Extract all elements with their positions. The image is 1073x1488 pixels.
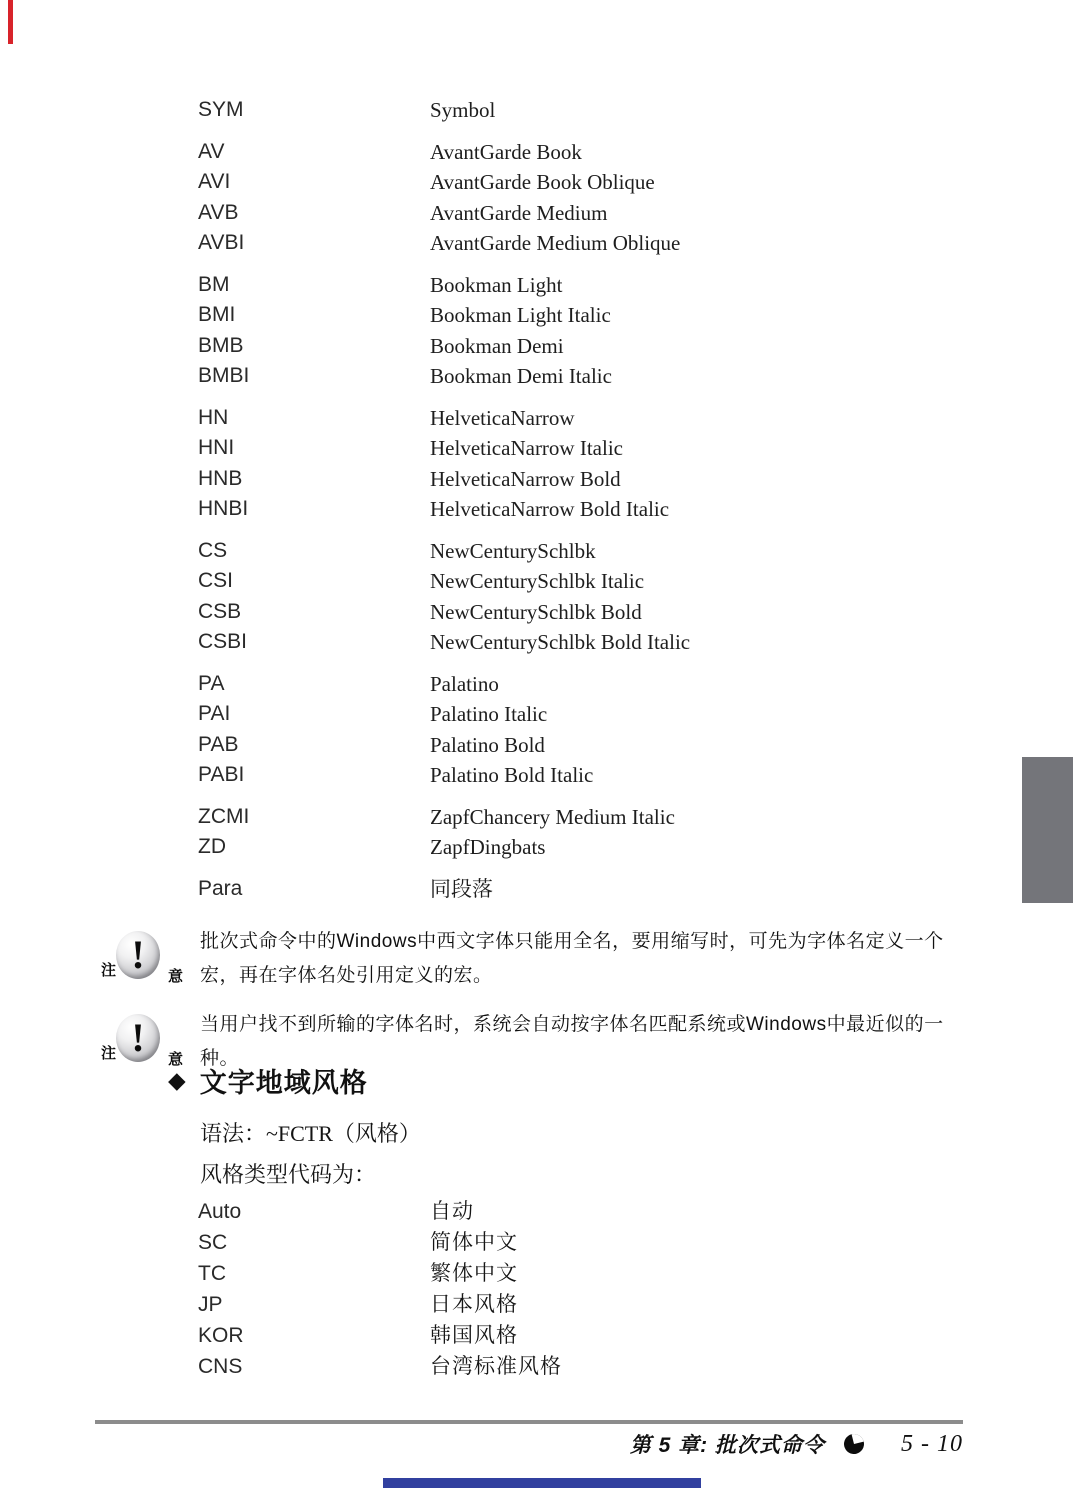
footer: 第 5 章: 批次式命令 5 - 10 — [630, 1429, 963, 1459]
table-row: HNI HelveticaNarrow Italic — [198, 433, 998, 464]
font-name-cell: NewCenturySchlbk — [430, 536, 596, 567]
note-text: 批次式命令中的Windows中西文字体只能用全名，要用缩写时，可先为字体名定义一… — [200, 925, 978, 992]
font-name-cell: ZapfDingbats — [430, 832, 545, 863]
table-row: HNB HelveticaNarrow Bold — [198, 464, 998, 495]
table-row: HNBI HelveticaNarrow Bold Italic — [198, 494, 998, 525]
style-name-cell: 台湾标准风格 — [430, 1351, 562, 1382]
font-code-cell: SYM — [198, 95, 430, 126]
table-row: PAB Palatino Bold — [198, 730, 998, 761]
table-row: AVB AvantGarde Medium — [198, 198, 998, 229]
chapter-marker-icon — [843, 1433, 865, 1455]
font-name-cell: Symbol — [430, 95, 495, 126]
font-name-cell: AvantGarde Medium — [430, 198, 607, 229]
codes-intro-line: 风格类型代码为： — [200, 1158, 376, 1189]
table-row: ZD ZapfDingbats — [198, 832, 998, 863]
table-row: ZCMI ZapfChancery Medium Italic — [198, 802, 998, 833]
note-row: 注 ! 意 批次式命令中的Windows中西文字体只能用全名，要用缩写时，可先为… — [0, 925, 1073, 992]
font-name-cell: NewCenturySchlbk Bold Italic — [430, 627, 690, 658]
font-code-cell: AVBI — [198, 228, 430, 259]
font-name-cell: 同段落 — [430, 874, 493, 905]
style-code-cell: KOR — [198, 1320, 430, 1351]
footer-divider — [95, 1420, 963, 1424]
font-code-cell: BMI — [198, 300, 430, 331]
font-name-cell: Bookman Demi Italic — [430, 361, 612, 392]
font-code-cell: BM — [198, 270, 430, 301]
font-code-cell: PABI — [198, 760, 430, 791]
table-row: BM Bookman Light — [198, 270, 998, 301]
section-title: 文字地域风格 — [200, 1061, 368, 1100]
table-row: PABI Palatino Bold Italic — [198, 760, 998, 791]
font-code-group: AV AvantGarde Book AVI AvantGarde Book O… — [198, 137, 998, 259]
font-name-cell: HelveticaNarrow Bold Italic — [430, 494, 669, 525]
note-row: 注 ! 意 当用户找不到所输的字体名时，系统会自动按字体名匹配系统或Window… — [0, 1008, 1073, 1075]
font-code-cell: PA — [198, 669, 430, 700]
font-name-cell: Palatino Italic — [430, 699, 547, 730]
table-row: HN HelveticaNarrow — [198, 403, 998, 434]
font-code-cell: PAI — [198, 699, 430, 730]
page-edge-tab — [1022, 757, 1073, 903]
font-name-cell: NewCenturySchlbk Bold — [430, 597, 642, 628]
font-code-group: CS NewCenturySchlbk CSI NewCenturySchlbk… — [198, 536, 998, 658]
style-name-cell: 简体中文 — [430, 1227, 518, 1258]
footer-page-number: 5 - 10 — [901, 1431, 963, 1458]
table-row: AV AvantGarde Book — [198, 137, 998, 168]
font-code-cell: HN — [198, 403, 430, 434]
font-name-cell: Bookman Demi — [430, 331, 564, 362]
table-row: PA Palatino — [198, 669, 998, 700]
attention-left-char: 注 — [101, 959, 116, 980]
font-name-cell: ZapfChancery Medium Italic — [430, 802, 675, 833]
font-code-cell: HNBI — [198, 494, 430, 525]
style-name-cell: 韩国风格 — [430, 1320, 518, 1351]
table-row: BMI Bookman Light Italic — [198, 300, 998, 331]
style-code-cell: JP — [198, 1289, 430, 1320]
section-heading: ◆ 文字地域风格 — [168, 1061, 368, 1100]
table-row: AVI AvantGarde Book Oblique — [198, 167, 998, 198]
font-code-cell: ZD — [198, 832, 430, 863]
font-code-group: Para 同段落 — [198, 874, 998, 905]
table-row: CNS 台湾标准风格 — [198, 1351, 562, 1382]
style-name-cell: 日本风格 — [430, 1289, 518, 1320]
font-code-cell: CSI — [198, 566, 430, 597]
font-code-cell: CS — [198, 536, 430, 567]
table-row: Para 同段落 — [198, 874, 998, 905]
blue-edge-mark — [383, 1478, 701, 1488]
diamond-bullet-icon: ◆ — [168, 1067, 186, 1094]
font-name-cell: Bookman Light — [430, 270, 562, 301]
style-code-cell: SC — [198, 1227, 430, 1258]
red-edge-mark — [8, 0, 13, 44]
manual-page: SYM Symbol AV AvantGarde Book AVI AvantG… — [0, 0, 1073, 1488]
font-code-cell: BMBI — [198, 361, 430, 392]
font-code-table: SYM Symbol AV AvantGarde Book AVI AvantG… — [198, 95, 998, 915]
font-name-cell: Bookman Light Italic — [430, 300, 611, 331]
font-code-group: HN HelveticaNarrow HNI HelveticaNarrow I… — [198, 403, 998, 525]
note-icon-column: 注 ! 意 — [0, 925, 200, 992]
font-code-cell: BMB — [198, 331, 430, 362]
style-code-cell: CNS — [198, 1351, 430, 1382]
attention-right-char: 意 — [168, 965, 183, 986]
table-row: KOR 韩国风格 — [198, 1320, 562, 1351]
font-code-cell: AVB — [198, 198, 430, 229]
font-name-cell: Palatino Bold — [430, 730, 545, 761]
attention-sphere: ! — [116, 1014, 160, 1062]
font-name-cell: AvantGarde Book — [430, 137, 582, 168]
table-row: BMBI Bookman Demi Italic — [198, 361, 998, 392]
font-code-cell: PAB — [198, 730, 430, 761]
font-code-group: SYM Symbol — [198, 95, 998, 126]
notes-section: 注 ! 意 批次式命令中的Windows中西文字体只能用全名，要用缩写时，可先为… — [0, 925, 1073, 1091]
font-name-cell: AvantGarde Book Oblique — [430, 167, 655, 198]
attention-icon: 注 ! 意 — [101, 931, 183, 989]
font-code-cell: HNI — [198, 433, 430, 464]
font-code-cell: HNB — [198, 464, 430, 495]
table-row: CS NewCenturySchlbk — [198, 536, 998, 567]
table-row: AVBI AvantGarde Medium Oblique — [198, 228, 998, 259]
font-code-group: PA Palatino PAI Palatino Italic PAB Pala… — [198, 669, 998, 791]
style-name-cell: 繁体中文 — [430, 1258, 518, 1289]
font-code-cell: CSB — [198, 597, 430, 628]
style-code-table: Auto 自动 SC 简体中文 TC 繁体中文 JP 日本风格 KOR 韩国风格 — [198, 1196, 562, 1382]
font-code-group: BM Bookman Light BMI Bookman Light Itali… — [198, 270, 998, 392]
font-name-cell: NewCenturySchlbk Italic — [430, 566, 644, 597]
style-name-cell: 自动 — [430, 1196, 474, 1227]
exclamation-mark-icon: ! — [116, 932, 160, 978]
table-row: BMB Bookman Demi — [198, 331, 998, 362]
table-row: CSI NewCenturySchlbk Italic — [198, 566, 998, 597]
syntax-line: 语法：~FCTR（风格） — [200, 1117, 421, 1148]
footer-chapter-title: 第 5 章: 批次式命令 — [630, 1429, 825, 1459]
attention-sphere: ! — [116, 931, 160, 979]
font-name-cell: AvantGarde Medium Oblique — [430, 228, 680, 259]
exclamation-mark-icon: ! — [116, 1015, 160, 1061]
font-code-cell: CSBI — [198, 627, 430, 658]
table-row: TC 繁体中文 — [198, 1258, 562, 1289]
table-row: CSB NewCenturySchlbk Bold — [198, 597, 998, 628]
font-code-cell: AV — [198, 137, 430, 168]
font-code-group: ZCMI ZapfChancery Medium Italic ZD ZapfD… — [198, 802, 998, 863]
table-row: CSBI NewCenturySchlbk Bold Italic — [198, 627, 998, 658]
attention-left-char: 注 — [101, 1042, 116, 1063]
style-code-cell: TC — [198, 1258, 430, 1289]
style-code-cell: Auto — [198, 1196, 430, 1227]
table-row: SC 简体中文 — [198, 1227, 562, 1258]
font-code-cell: Para — [198, 874, 430, 905]
font-name-cell: HelveticaNarrow — [430, 403, 575, 434]
table-row: SYM Symbol — [198, 95, 998, 126]
font-name-cell: Palatino — [430, 669, 499, 700]
table-row: PAI Palatino Italic — [198, 699, 998, 730]
table-row: JP 日本风格 — [198, 1289, 562, 1320]
font-name-cell: HelveticaNarrow Bold — [430, 464, 621, 495]
font-name-cell: Palatino Bold Italic — [430, 760, 593, 791]
font-name-cell: HelveticaNarrow Italic — [430, 433, 623, 464]
font-code-cell: AVI — [198, 167, 430, 198]
table-row: Auto 自动 — [198, 1196, 562, 1227]
font-code-cell: ZCMI — [198, 802, 430, 833]
